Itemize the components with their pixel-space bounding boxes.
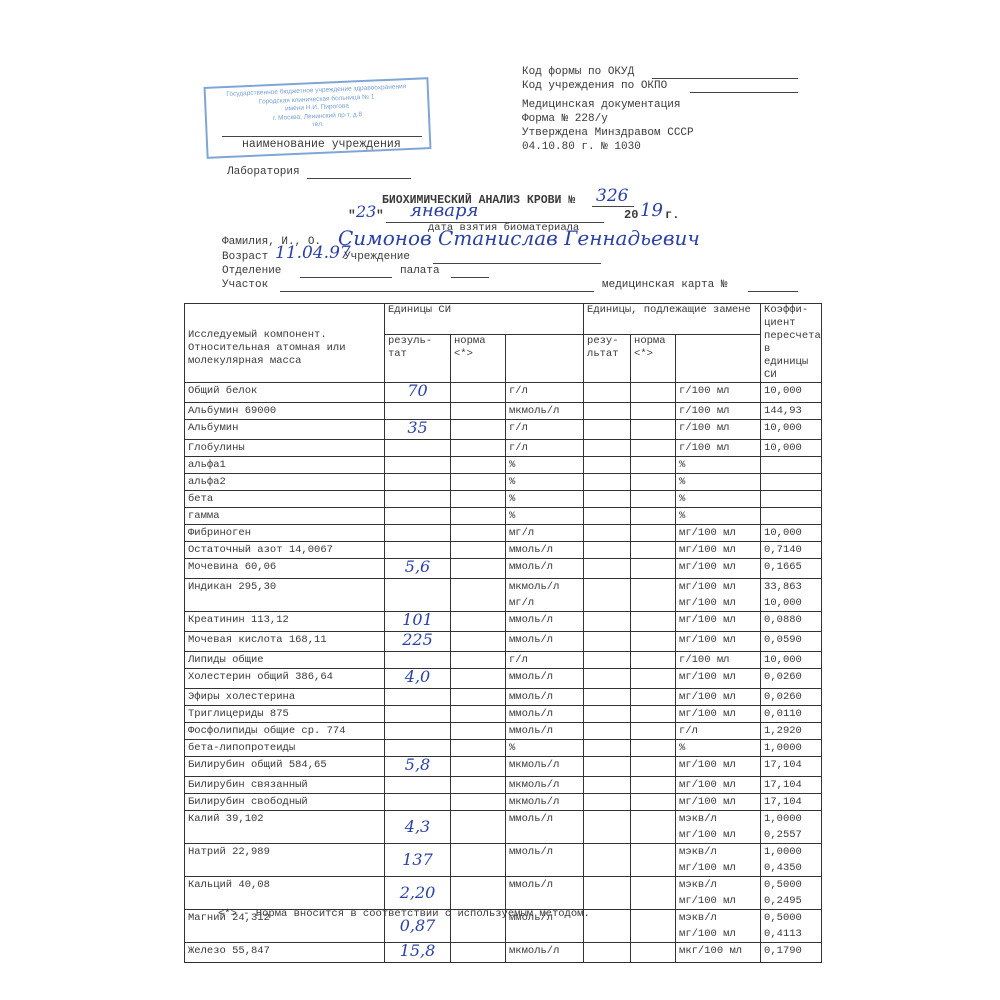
- unit-old-line: мг/100 мл: [679, 893, 757, 909]
- coefficient: 1,2920: [761, 723, 822, 740]
- norm-si[interactable]: [451, 491, 506, 508]
- norm-si[interactable]: [451, 706, 506, 723]
- norm-si[interactable]: [451, 403, 506, 420]
- unit-si: %: [506, 474, 584, 491]
- norm-old[interactable]: [631, 689, 676, 706]
- result-old[interactable]: [584, 542, 631, 559]
- result-old[interactable]: [584, 652, 631, 669]
- result-si[interactable]: 2,20: [385, 877, 451, 910]
- norm-si[interactable]: [451, 474, 506, 491]
- handwritten-result: 15,8: [400, 943, 436, 959]
- unit-old: %: [676, 474, 761, 491]
- unit-old: мг/100 мл: [676, 542, 761, 559]
- result-old[interactable]: [584, 403, 631, 420]
- table-row: Билирубин свободныймкмоль/лмг/100 мл17,1…: [185, 794, 822, 811]
- result-si[interactable]: [385, 706, 451, 723]
- component-name: Железо 55,847: [185, 943, 385, 963]
- norm-si[interactable]: [451, 420, 506, 440]
- norm-si[interactable]: [451, 542, 506, 559]
- norm-si[interactable]: [451, 508, 506, 525]
- coefficient: [761, 508, 822, 525]
- norm-si[interactable]: [451, 689, 506, 706]
- form-info-line: 04.10.80 г. № 1030: [522, 140, 694, 154]
- header-si-norm: норма <*>: [451, 335, 506, 383]
- unit-old-line: мг/100 мл: [679, 612, 757, 628]
- unit-old-line: мг/100 мл: [679, 860, 757, 876]
- result-si[interactable]: [385, 440, 451, 457]
- unit-old: г/100 мл: [676, 403, 761, 420]
- norm-si[interactable]: [451, 757, 506, 777]
- age-value[interactable]: 11.04.97: [275, 243, 351, 263]
- norm-old[interactable]: [631, 612, 676, 632]
- table-row: Билирубин общий 584,655,8мкмоль/лмг/100 …: [185, 757, 822, 777]
- coefficient: 17,104: [761, 757, 822, 777]
- header-si-result: резуль-тат: [385, 335, 451, 383]
- unit-old: мкг/100 мл: [676, 943, 761, 963]
- date-month[interactable]: января: [410, 200, 478, 221]
- result-si[interactable]: [385, 491, 451, 508]
- result-old[interactable]: [584, 474, 631, 491]
- unit-old: г/100 мл: [676, 383, 761, 403]
- result-si[interactable]: 4,3: [385, 811, 451, 844]
- unit-old: мг/100 мл: [676, 794, 761, 811]
- unit-si-line: %: [509, 474, 580, 490]
- unit-si: %: [506, 740, 584, 757]
- result-old[interactable]: [584, 383, 631, 403]
- unit-old-line: г/100 мл: [679, 652, 757, 668]
- coefficient-line: 10,000: [764, 420, 818, 436]
- table-row: Общий белок70г/лг/100 мл10,000: [185, 383, 822, 403]
- unit-old-line: %: [679, 508, 757, 524]
- laboratory-label: Лаборатория: [227, 166, 300, 178]
- unit-old: г/100 мл: [676, 420, 761, 440]
- unit-si: %: [506, 508, 584, 525]
- norm-si[interactable]: [451, 632, 506, 652]
- coefficient-line: 0,2557: [764, 827, 818, 843]
- unit-old: мг/100 мл: [676, 689, 761, 706]
- component-name-line: Альбумин: [188, 420, 381, 436]
- norm-old[interactable]: [631, 403, 676, 420]
- unit-si: г/л: [506, 420, 584, 440]
- header-coefficient: Коэффи-циент пересчета в единицы СИ: [761, 304, 822, 383]
- result-old[interactable]: [584, 943, 631, 963]
- result-old[interactable]: [584, 579, 631, 612]
- result-old[interactable]: [584, 777, 631, 794]
- date-year-unit: г.: [665, 208, 679, 222]
- handwritten-result: 5,6: [405, 559, 430, 575]
- result-si[interactable]: [385, 508, 451, 525]
- table-row: гамма%%: [185, 508, 822, 525]
- norm-old[interactable]: [631, 525, 676, 542]
- result-si[interactable]: [385, 474, 451, 491]
- coefficient-line: 1,0000: [764, 811, 818, 827]
- component-name-line: альфа1: [188, 457, 381, 473]
- result-old[interactable]: [584, 706, 631, 723]
- norm-si[interactable]: [451, 457, 506, 474]
- unit-si-line: ммоль/л: [509, 723, 580, 739]
- component-name-line: бета: [188, 491, 381, 507]
- component-name: Фибриноген: [185, 525, 385, 542]
- result-old[interactable]: [584, 757, 631, 777]
- unit-si-line: мг/л: [509, 525, 580, 541]
- component-name-line: альфа2: [188, 474, 381, 490]
- coefficient-line: 0,0260: [764, 669, 818, 685]
- result-si[interactable]: [385, 579, 451, 612]
- unit-old: мг/100 мл: [676, 525, 761, 542]
- result-old[interactable]: [584, 420, 631, 440]
- coefficient-line: 10,000: [764, 652, 818, 668]
- norm-old[interactable]: [631, 794, 676, 811]
- unit-old-line: мг/100 мл: [679, 669, 757, 685]
- result-si[interactable]: 35: [385, 420, 451, 440]
- result-si[interactable]: [385, 689, 451, 706]
- norm-si[interactable]: [451, 669, 506, 689]
- component-name-line: Мочевая кислота 168,11: [188, 632, 381, 648]
- component-name-line: Мочевина 60,06: [188, 559, 381, 575]
- norm-old[interactable]: [631, 420, 676, 440]
- coefficient-line: 0,7140: [764, 542, 818, 558]
- unit-si: г/л: [506, 383, 584, 403]
- unit-old-line: мг/100 мл: [679, 794, 757, 810]
- unit-si: мкмоль/л: [506, 403, 584, 420]
- coefficient-line: 0,4350: [764, 860, 818, 876]
- coefficient-line: 0,0880: [764, 612, 818, 628]
- component-name-line: Триглицериды 875: [188, 706, 381, 722]
- department-label: Отделение: [222, 265, 281, 277]
- component-name: бета-липопротеиды: [185, 740, 385, 757]
- unit-old-line: %: [679, 457, 757, 473]
- result-old[interactable]: [584, 525, 631, 542]
- component-name: Мочевина 60,06: [185, 559, 385, 579]
- coefficient: 10,000: [761, 652, 822, 669]
- unit-si-line: ммоль/л: [509, 559, 580, 575]
- unit-old: мг/100 млмг/100 мл: [676, 579, 761, 612]
- unit-si-line: ммоль/л: [509, 811, 580, 827]
- norm-old[interactable]: [631, 491, 676, 508]
- norm-si[interactable]: [451, 844, 506, 877]
- result-si[interactable]: [385, 794, 451, 811]
- component-name-line: Билирубин свободный: [188, 794, 381, 810]
- coefficient-line: 0,5000: [764, 877, 818, 893]
- unit-old: %: [676, 457, 761, 474]
- component-name-line: Индикан 295,30: [188, 579, 381, 595]
- analysis-number[interactable]: 326: [596, 186, 628, 206]
- coefficient: [761, 491, 822, 508]
- unit-old-line: г/100 мл: [679, 403, 757, 419]
- coefficient-line: 0,4113: [764, 926, 818, 942]
- coefficient: 1,0000: [761, 740, 822, 757]
- okud-label: Код формы по ОКУД: [522, 66, 634, 78]
- table-row: Холестерин общий 386,644,0ммоль/лмг/100 …: [185, 669, 822, 689]
- medical-card-field[interactable]: [748, 291, 798, 292]
- coefficient: 1,00000,2557: [761, 811, 822, 844]
- medical-card-label: медицинская карта №: [602, 279, 727, 291]
- unit-si-line: г/л: [509, 440, 580, 456]
- institution-field[interactable]: [433, 263, 601, 264]
- coefficient: 0,0590: [761, 632, 822, 652]
- norm-si[interactable]: [451, 811, 506, 844]
- unit-si-line: мкмоль/л: [509, 943, 580, 959]
- date-day[interactable]: 23: [356, 202, 376, 221]
- handwritten-result: 225: [402, 632, 433, 648]
- coefficient: 0,50000,2495: [761, 877, 822, 910]
- norm-si[interactable]: [451, 383, 506, 403]
- unit-si-line: ммоль/л: [509, 612, 580, 628]
- table-row: Железо 55,84715,8мкмоль/лмкг/100 мл0,179…: [185, 943, 822, 963]
- norm-si[interactable]: [451, 740, 506, 757]
- unit-old-line: %: [679, 491, 757, 507]
- unit-si-line: г/л: [509, 652, 580, 668]
- unit-old-line: мэкв/л: [679, 877, 757, 893]
- header-old-norm: норма <*>: [631, 335, 676, 383]
- norm-old[interactable]: [631, 542, 676, 559]
- norm-si[interactable]: [451, 723, 506, 740]
- date-quote-close: ": [376, 208, 384, 223]
- unit-old-line: мг/100 мл: [679, 689, 757, 705]
- result-old[interactable]: [584, 559, 631, 579]
- norm-si[interactable]: [451, 559, 506, 579]
- result-old[interactable]: [584, 740, 631, 757]
- handwritten-result: 4,0: [405, 669, 430, 685]
- age-label: Возраст: [222, 251, 268, 263]
- unit-si: мкмоль/л: [506, 777, 584, 794]
- result-old[interactable]: [584, 723, 631, 740]
- component-name: Билирубин связанный: [185, 777, 385, 794]
- norm-old[interactable]: [631, 669, 676, 689]
- unit-old-line: мг/100 мл: [679, 926, 757, 942]
- norm-old[interactable]: [631, 844, 676, 877]
- component-name-line: бета-липопротеиды: [188, 740, 381, 756]
- coefficient-line: 17,104: [764, 777, 818, 793]
- form-info-line: Форма № 228/у: [522, 112, 694, 126]
- coefficient: 10,000: [761, 383, 822, 403]
- analysis-number-line: [592, 206, 634, 207]
- unit-si-line: мкмоль/л: [509, 794, 580, 810]
- unit-si: ммоль/л: [506, 669, 584, 689]
- norm-old[interactable]: [631, 706, 676, 723]
- unit-old-line: мг/100 мл: [679, 559, 757, 575]
- unit-old: г/100 мл: [676, 652, 761, 669]
- date-year-prefix: 20: [624, 208, 638, 222]
- department-field[interactable]: [300, 277, 392, 278]
- norm-old[interactable]: [631, 811, 676, 844]
- unit-si-line: мкмоль/л: [509, 403, 580, 419]
- table-row: Мочевина 60,065,6ммоль/лмг/100 мл0,1665: [185, 559, 822, 579]
- institution-label: Учреждение: [344, 251, 410, 263]
- result-old[interactable]: [584, 844, 631, 877]
- result-si[interactable]: 70: [385, 383, 451, 403]
- component-name: Фосфолипиды общие ср. 774: [185, 723, 385, 740]
- norm-si[interactable]: [451, 943, 506, 963]
- result-old[interactable]: [584, 508, 631, 525]
- coefficient-line: 0,5000: [764, 910, 818, 926]
- unit-si: ммоль/л: [506, 811, 584, 844]
- table-row: бета-липопротеиды%%1,0000: [185, 740, 822, 757]
- table-row: Фосфолипиды общие ср. 774ммоль/лг/л1,292…: [185, 723, 822, 740]
- result-si[interactable]: [385, 723, 451, 740]
- handwritten-result: 35: [407, 420, 427, 436]
- norm-si[interactable]: [451, 652, 506, 669]
- coefficient: 1,00000,4350: [761, 844, 822, 877]
- component-name-line: Железо 55,847: [188, 943, 381, 959]
- unit-si-line: ммоль/л: [509, 542, 580, 558]
- result-si[interactable]: 225: [385, 632, 451, 652]
- norm-old[interactable]: [631, 877, 676, 910]
- component-name: Глобулины: [185, 440, 385, 457]
- component-name-line: Альбумин 69000: [188, 403, 381, 419]
- table-row: Альбумин 69000мкмоль/лг/100 мл144,93: [185, 403, 822, 420]
- coefficient: 17,104: [761, 777, 822, 794]
- norm-old[interactable]: [631, 723, 676, 740]
- norm-old[interactable]: [631, 740, 676, 757]
- result-old[interactable]: [584, 910, 631, 943]
- unit-old-line: мкг/100 мл: [679, 943, 757, 959]
- norm-old[interactable]: [631, 474, 676, 491]
- result-old[interactable]: [584, 669, 631, 689]
- component-name-line: Фибриноген: [188, 525, 381, 541]
- unit-old-line: мэкв/л: [679, 844, 757, 860]
- coefficient-line: 10,000: [764, 525, 818, 541]
- norm-old[interactable]: [631, 910, 676, 943]
- table-row: Липиды общиег/лг/100 мл10,000: [185, 652, 822, 669]
- coefficient: 144,93: [761, 403, 822, 420]
- date-year-suffix[interactable]: 19: [640, 200, 663, 221]
- unit-old: мэкв/лмг/100 мл: [676, 877, 761, 910]
- norm-si[interactable]: [451, 794, 506, 811]
- component-name-line: Общий белок: [188, 383, 381, 399]
- norm-old[interactable]: [631, 943, 676, 963]
- result-si[interactable]: [385, 777, 451, 794]
- result-old[interactable]: [584, 632, 631, 652]
- norm-si[interactable]: [451, 612, 506, 632]
- norm-old[interactable]: [631, 383, 676, 403]
- okud-field[interactable]: [652, 78, 798, 79]
- norm-old[interactable]: [631, 632, 676, 652]
- coefficient: 0,1665: [761, 559, 822, 579]
- table-row: бета%%: [185, 491, 822, 508]
- component-name-line: Глобулины: [188, 440, 381, 456]
- unit-old-line: мг/100 мл: [679, 595, 757, 611]
- table-row: Билирубин связанныймкмоль/лмг/100 мл17,1…: [185, 777, 822, 794]
- component-name: Общий белок: [185, 383, 385, 403]
- norm-si[interactable]: [451, 579, 506, 612]
- unit-si: ммоль/л: [506, 542, 584, 559]
- norm-old[interactable]: [631, 457, 676, 474]
- district-field[interactable]: [280, 291, 594, 292]
- unit-old-line: мэкв/л: [679, 811, 757, 827]
- norm-old[interactable]: [631, 777, 676, 794]
- laboratory-field[interactable]: [307, 178, 411, 179]
- result-si[interactable]: [385, 525, 451, 542]
- result-si[interactable]: 137: [385, 844, 451, 877]
- norm-old[interactable]: [631, 652, 676, 669]
- result-old[interactable]: [584, 491, 631, 508]
- unit-old: мг/100 мл: [676, 559, 761, 579]
- unit-old: мг/100 мл: [676, 632, 761, 652]
- unit-old-line: мг/100 мл: [679, 542, 757, 558]
- okpo-field[interactable]: [690, 92, 798, 93]
- norm-si[interactable]: [451, 525, 506, 542]
- coefficient-line: 17,104: [764, 794, 818, 810]
- unit-si-line: г/л: [509, 383, 580, 399]
- result-si[interactable]: [385, 457, 451, 474]
- unit-si: ммоль/л: [506, 612, 584, 632]
- table-row: Мочевая кислота 168,11225ммоль/лмг/100 м…: [185, 632, 822, 652]
- result-si[interactable]: 15,8: [385, 943, 451, 963]
- norm-si[interactable]: [451, 440, 506, 457]
- unit-si: мкмоль/л: [506, 794, 584, 811]
- result-old[interactable]: [584, 689, 631, 706]
- norm-old[interactable]: [631, 757, 676, 777]
- result-si[interactable]: 5,8: [385, 757, 451, 777]
- table-row: Индикан 295,30мкмоль/лмг/лмг/100 млмг/10…: [185, 579, 822, 612]
- result-si[interactable]: [385, 740, 451, 757]
- coefficient: 10,000: [761, 440, 822, 457]
- unit-si: ммоль/л: [506, 723, 584, 740]
- result-old[interactable]: [584, 457, 631, 474]
- coefficient-line: 0,1665: [764, 559, 818, 575]
- result-si[interactable]: 5,6: [385, 559, 451, 579]
- unit-old: мэкв/лмг/100 мл: [676, 811, 761, 844]
- header-old-units: Единицы, подлежащие замене: [584, 304, 761, 335]
- unit-old-line: %: [679, 740, 757, 756]
- norm-old[interactable]: [631, 559, 676, 579]
- unit-old-line: мг/100 мл: [679, 827, 757, 843]
- norm-old[interactable]: [631, 508, 676, 525]
- result-old[interactable]: [584, 811, 631, 844]
- result-si[interactable]: 101: [385, 612, 451, 632]
- handwritten-result: 137: [402, 844, 433, 876]
- unit-old-line: г/100 мл: [679, 440, 757, 456]
- result-old[interactable]: [584, 794, 631, 811]
- norm-old[interactable]: [631, 440, 676, 457]
- result-old[interactable]: [584, 440, 631, 457]
- coefficient-line: 1,0000: [764, 844, 818, 860]
- unit-si-line: %: [509, 740, 580, 756]
- component-name: Кальций 40,08: [185, 877, 385, 910]
- form-info-line: Утверждена Минздравом СССР: [522, 126, 694, 140]
- unit-old: мг/100 мл: [676, 757, 761, 777]
- unit-si: мкмоль/л: [506, 943, 584, 963]
- header-old-unit: [676, 335, 761, 383]
- result-si[interactable]: [385, 652, 451, 669]
- result-si[interactable]: [385, 542, 451, 559]
- result-old[interactable]: [584, 877, 631, 910]
- norm-old[interactable]: [631, 579, 676, 612]
- component-name: Билирубин общий 584,65: [185, 757, 385, 777]
- unit-old-line: мг/100 мл: [679, 632, 757, 648]
- norm-si[interactable]: [451, 777, 506, 794]
- unit-si: ммоль/л: [506, 877, 584, 910]
- ward-field[interactable]: [451, 277, 489, 278]
- table-row: Креатинин 113,12101ммоль/лмг/100 мл0,088…: [185, 612, 822, 632]
- handwritten-result: 70: [407, 383, 427, 399]
- handwritten-result: 101: [402, 612, 433, 628]
- coefficient: 0,0260: [761, 669, 822, 689]
- result-old[interactable]: [584, 612, 631, 632]
- coefficient-line: 0,2495: [764, 893, 818, 909]
- result-si[interactable]: 4,0: [385, 669, 451, 689]
- component-name: Креатинин 113,12: [185, 612, 385, 632]
- institution-name-field[interactable]: [222, 136, 422, 137]
- district-label: Участок: [222, 279, 268, 291]
- norm-si[interactable]: [451, 877, 506, 910]
- patient-name[interactable]: Симонов Станислав Геннадьевич: [338, 226, 700, 250]
- coefficient: 0,0880: [761, 612, 822, 632]
- result-si[interactable]: [385, 403, 451, 420]
- component-name-line: Холестерин общий 386,64: [188, 669, 381, 685]
- unit-old-line: мэкв/л: [679, 910, 757, 926]
